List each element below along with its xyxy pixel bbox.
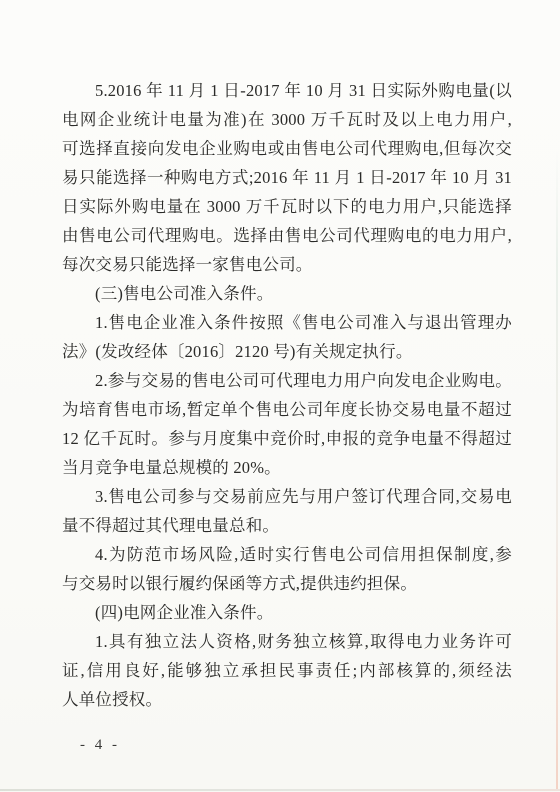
text-line: 人单位授权。 bbox=[62, 685, 512, 714]
text-line: (三)售电公司准入条件。 bbox=[62, 279, 512, 308]
text-line: 1.具有独立法人资格,财务独立核算,取得电力业务许可 bbox=[62, 627, 512, 656]
text-line: 由售电公司代理购电。选择由售电公司代理购电的电力用户, bbox=[62, 221, 512, 250]
text-line: (四)电网企业准入条件。 bbox=[62, 598, 512, 627]
text-line: 量不得超过其代理电量总和。 bbox=[62, 511, 512, 540]
page-number: - 4 - bbox=[80, 737, 120, 753]
page-footer: - 4 - bbox=[80, 736, 120, 754]
text-line: 5.2016 年 11 月 1 日-2017 年 10 月 31 日实际外购电量… bbox=[62, 76, 512, 105]
paragraph-item-2-sale-company-agency: 2.参与交易的售电公司可代理电力用户向发电企业购电。为培育售电市场,暂定单个售电… bbox=[62, 366, 512, 482]
paragraph-item-1-grid-company: 1.具有独立法人资格,财务独立核算,取得电力业务许可证,信用良好,能够独立承担民… bbox=[62, 627, 512, 714]
text-line: 4.为防范市场风险,适时实行售电公司信用担保制度,参 bbox=[62, 540, 512, 569]
text-line: 证,信用良好,能够独立承担民事责任;内部核算的,须经法 bbox=[62, 656, 512, 685]
paragraph-item-1-sale-company-access: 1.售电企业准入条件按照《售电公司准入与退出管理办法》(发改经体〔2016〕21… bbox=[62, 308, 512, 366]
text-line: 3.售电公司参与交易前应先与用户签订代理合同,交易电 bbox=[62, 482, 512, 511]
text-line: 当月竞争电量总规模的 20%。 bbox=[62, 453, 512, 482]
scan-edge-right bbox=[556, 150, 558, 789]
text-line: 1.售电企业准入条件按照《售电公司准入与退出管理办 bbox=[62, 308, 512, 337]
paragraph-item-3-sale-company-contract: 3.售电公司参与交易前应先与用户签订代理合同,交易电量不得超过其代理电量总和。 bbox=[62, 482, 512, 540]
paragraph-heading-section-3: (三)售电公司准入条件。 bbox=[62, 279, 512, 308]
text-line: 易只能选择一种购电方式;2016 年 11 月 1 日-2017 年 10 月 … bbox=[62, 163, 512, 192]
scan-edge-bottom bbox=[0, 789, 560, 791]
text-line: 2.参与交易的售电公司可代理电力用户向发电企业购电。 bbox=[62, 366, 512, 395]
text-line: 可选择直接向发电企业购电或由售电公司代理购电,但每次交 bbox=[62, 134, 512, 163]
document-body: 5.2016 年 11 月 1 日-2017 年 10 月 31 日实际外购电量… bbox=[62, 76, 512, 714]
text-line: 为培育售电市场,暂定单个售电公司年度长协交易电量不超过 bbox=[62, 395, 512, 424]
text-line: 与交易时以银行履约保函等方式,提供违约担保。 bbox=[62, 569, 512, 598]
document-page: 5.2016 年 11 月 1 日-2017 年 10 月 31 日实际外购电量… bbox=[0, 0, 560, 792]
text-line: 日实际外购电量在 3000 万千瓦时以下的电力用户,只能选择 bbox=[62, 192, 512, 221]
paragraph-heading-section-4: (四)电网企业准入条件。 bbox=[62, 598, 512, 627]
paragraph-item-5-purchase-volume: 5.2016 年 11 月 1 日-2017 年 10 月 31 日实际外购电量… bbox=[62, 76, 512, 279]
paragraph-item-4-credit-guarantee: 4.为防范市场风险,适时实行售电公司信用担保制度,参与交易时以银行履约保函等方式… bbox=[62, 540, 512, 598]
text-line: 电网企业统计电量为准)在 3000 万千瓦时及以上电力用户, bbox=[62, 105, 512, 134]
text-line: 每次交易只能选择一家售电公司。 bbox=[62, 250, 512, 279]
text-line: 法》(发改经体〔2016〕2120 号)有关规定执行。 bbox=[62, 337, 512, 366]
text-line: 12 亿千瓦时。参与月度集中竞价时,申报的竞争电量不得超过 bbox=[62, 424, 512, 453]
